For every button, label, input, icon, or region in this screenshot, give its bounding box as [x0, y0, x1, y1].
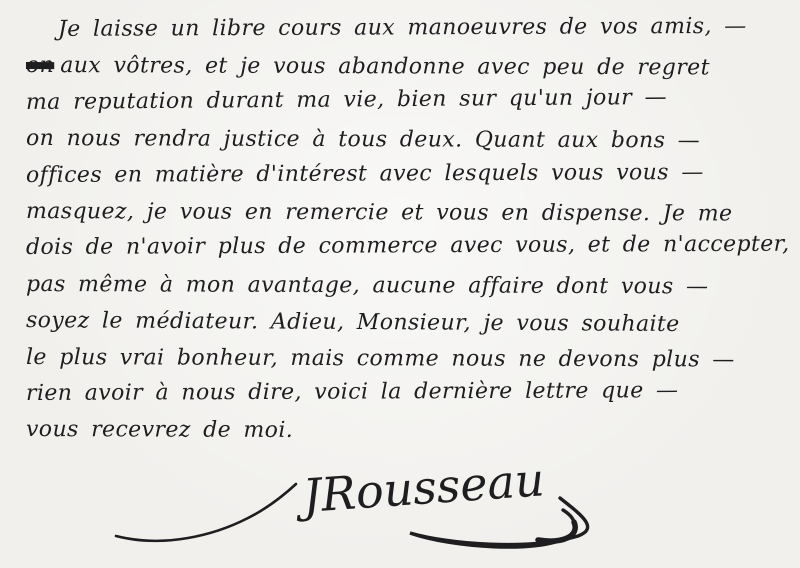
letter-body: Je laisse un libre cours aux manoeuvres …	[26, 12, 778, 449]
letter-line: vous recevrez de moi.	[26, 412, 778, 451]
signature-flourish-crescent	[538, 522, 575, 541]
signature-name: JRousseau	[293, 452, 546, 523]
letter-line: rien avoir à nous dire, voici la dernièr…	[26, 373, 778, 413]
letter-line: Je laisse un libre cours aux manoeuvres …	[26, 9, 778, 49]
letter-line: soyez le médiateur. Adieu, Monsieur, je …	[26, 303, 778, 344]
letter-line-text: aux vôtres, et je vous abandonne avec pe…	[60, 54, 710, 81]
struck-word: on	[26, 53, 54, 78]
letter-line: dois de n'avoir plus de commerce avec vo…	[26, 227, 778, 267]
signature: JRousseau	[108, 448, 688, 563]
scanned-letter-page: Je laisse un libre cours aux manoeuvres …	[0, 0, 800, 568]
signature-flourish: JRousseau	[108, 448, 688, 563]
signature-leadin-stroke	[116, 484, 296, 541]
letter-line: ma reputation durant ma vie, bien sur qu…	[26, 79, 778, 121]
letter-line: pas même à mon avantage, aucune affaire …	[26, 267, 778, 306]
letter-line: offices en matière d'intérest avec lesqu…	[26, 154, 778, 194]
